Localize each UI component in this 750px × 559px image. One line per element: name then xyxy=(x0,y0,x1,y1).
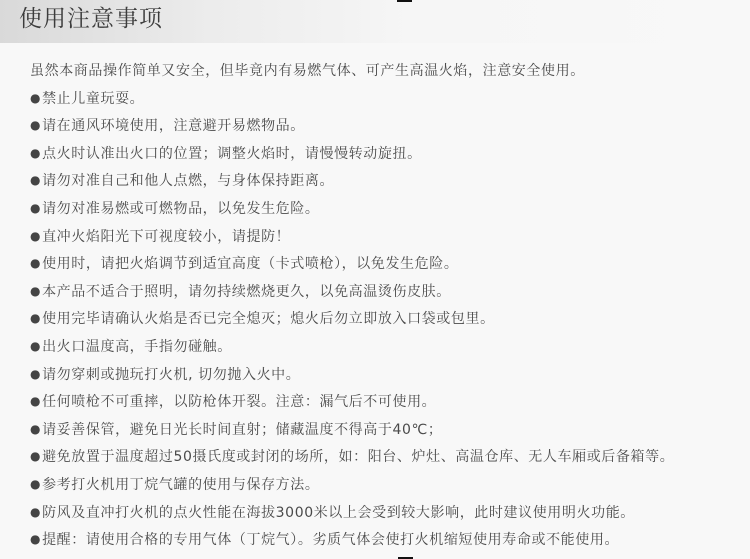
list-item: ●点火时认准出火口的位置；调整火焰时，请慢慢转动旋扭。 xyxy=(30,141,745,169)
list-item-text: 请妥善保管，避免日光长时间直射；储藏温度不得高于40℃； xyxy=(42,422,442,438)
list-item-text: 出火口温度高，手指勿碰触。 xyxy=(42,339,232,355)
list-item-text: 直冲火焰阳光下可视度较小，请提防！ xyxy=(42,229,290,245)
bullet-icon: ● xyxy=(30,311,41,325)
bullet-icon: ● xyxy=(30,477,41,491)
list-item: ●直冲火焰阳光下可视度较小，请提防！ xyxy=(30,224,745,252)
list-item-text: 本产品不适合于照明，请勿持续燃烧更久，以免高温烫伤皮肤。 xyxy=(42,284,451,300)
bullet-icon: ● xyxy=(30,449,41,463)
bullet-icon: ● xyxy=(30,505,41,519)
list-item: ●禁止儿童玩耍。 xyxy=(30,86,745,114)
page-title: 使用注意事项 xyxy=(19,4,163,34)
list-item: ●参考打火机用丁烷气罐的使用与保存方法。 xyxy=(30,472,745,500)
list-item-text: 请勿对准易燃或可燃物品，以免发生危险。 xyxy=(42,201,319,217)
title-band: 使用注意事项 xyxy=(0,0,750,43)
list-item-text: 避免放置于温度超过50摄氏度或封闭的场所，如：阳台、炉灶、高温仓库、无人车厢或后… xyxy=(42,449,674,465)
top-edge-mark xyxy=(397,0,412,2)
list-item-text: 请勿穿刺或抛玩打火机, 切勿抛入火中。 xyxy=(42,367,300,383)
list-item-text: 点火时认准出火口的位置；调整火焰时，请慢慢转动旋扭。 xyxy=(42,146,422,162)
safety-notice-page: 使用注意事项 虽然本商品操作简单又安全，但毕竟内有易燃气体、可产生高温火焰，注意… xyxy=(0,0,750,559)
list-item: ●使用时，请把火焰调节到适宜高度（卡式喷枪），以免发生危险。 xyxy=(30,251,745,279)
intro-text: 虽然本商品操作简单又安全，但毕竟内有易燃气体、可产生高温火焰，注意安全使用。 xyxy=(30,58,745,86)
list-item: ●使用完毕请确认火焰是否已完全熄灭；熄火后勿立即放入口袋或包里。 xyxy=(30,306,745,334)
bullet-icon: ● xyxy=(30,229,41,243)
bullet-icon: ● xyxy=(30,256,41,270)
bullet-icon: ● xyxy=(30,422,41,436)
list-item: ●请妥善保管，避免日光长时间直射；储藏温度不得高于40℃； xyxy=(30,417,745,445)
list-item: ●任何喷枪不可重摔，以防枪体开裂。注意：漏气后不可使用。 xyxy=(30,389,745,417)
list-item-text: 请勿对准自己和他人点燃，与身体保持距离。 xyxy=(42,173,334,189)
list-item: ●防风及直冲打火机的点火性能在海拔3000米以上会受到较大影响，此时建议使用明火… xyxy=(30,500,745,528)
list-item: ●本产品不适合于照明，请勿持续燃烧更久，以免高温烫伤皮肤。 xyxy=(30,279,745,307)
list-item: ●提醒：请使用合格的专用气体（丁烷气）。劣质气体会使打火机缩短使用寿命或不能使用… xyxy=(30,527,745,555)
bullet-icon: ● xyxy=(30,201,41,215)
list-item-text: 请在通风环境使用，注意避开易燃物品。 xyxy=(42,118,305,134)
bullet-icon: ● xyxy=(30,394,41,408)
bullet-icon: ● xyxy=(30,339,41,353)
list-item-text: 使用时，请把火焰调节到适宜高度（卡式喷枪），以免发生危险。 xyxy=(42,256,458,272)
list-item: ●请勿穿刺或抛玩打火机, 切勿抛入火中。 xyxy=(30,362,745,390)
bullet-icon: ● xyxy=(30,367,41,381)
bullet-icon: ● xyxy=(30,118,41,132)
bullet-icon: ● xyxy=(30,284,41,298)
bullet-icon: ● xyxy=(30,173,41,187)
bullet-icon: ● xyxy=(30,146,41,160)
list-item-text: 提醒：请使用合格的专用气体（丁烷气）。劣质气体会使打火机缩短使用寿命或不能使用。 xyxy=(42,532,619,548)
list-item: ●请勿对准自己和他人点燃，与身体保持距离。 xyxy=(30,168,745,196)
list-item: ●出火口温度高，手指勿碰触。 xyxy=(30,334,745,362)
list-item-text: 禁止儿童玩耍。 xyxy=(42,91,144,107)
list-item-text: 参考打火机用丁烷气罐的使用与保存方法。 xyxy=(42,477,319,493)
list-item-text: 防风及直冲打火机的点火性能在海拔3000米以上会受到较大影响，此时建议使用明火功… xyxy=(42,505,635,521)
notice-list: 虽然本商品操作简单又安全，但毕竟内有易燃气体、可产生高温火焰，注意安全使用。 ●… xyxy=(30,58,745,555)
list-item-text: 使用完毕请确认火焰是否已完全熄灭；熄火后勿立即放入口袋或包里。 xyxy=(42,311,495,327)
list-item: ●请在通风环境使用，注意避开易燃物品。 xyxy=(30,113,745,141)
list-item: ●避免放置于温度超过50摄氏度或封闭的场所，如：阳台、炉灶、高温仓库、无人车厢或… xyxy=(30,444,745,472)
bullet-icon: ● xyxy=(30,532,41,546)
bullet-icon: ● xyxy=(30,91,41,105)
list-item: ●请勿对准易燃或可燃物品，以免发生危险。 xyxy=(30,196,745,224)
list-item-text: 任何喷枪不可重摔，以防枪体开裂。注意：漏气后不可使用。 xyxy=(42,394,436,410)
